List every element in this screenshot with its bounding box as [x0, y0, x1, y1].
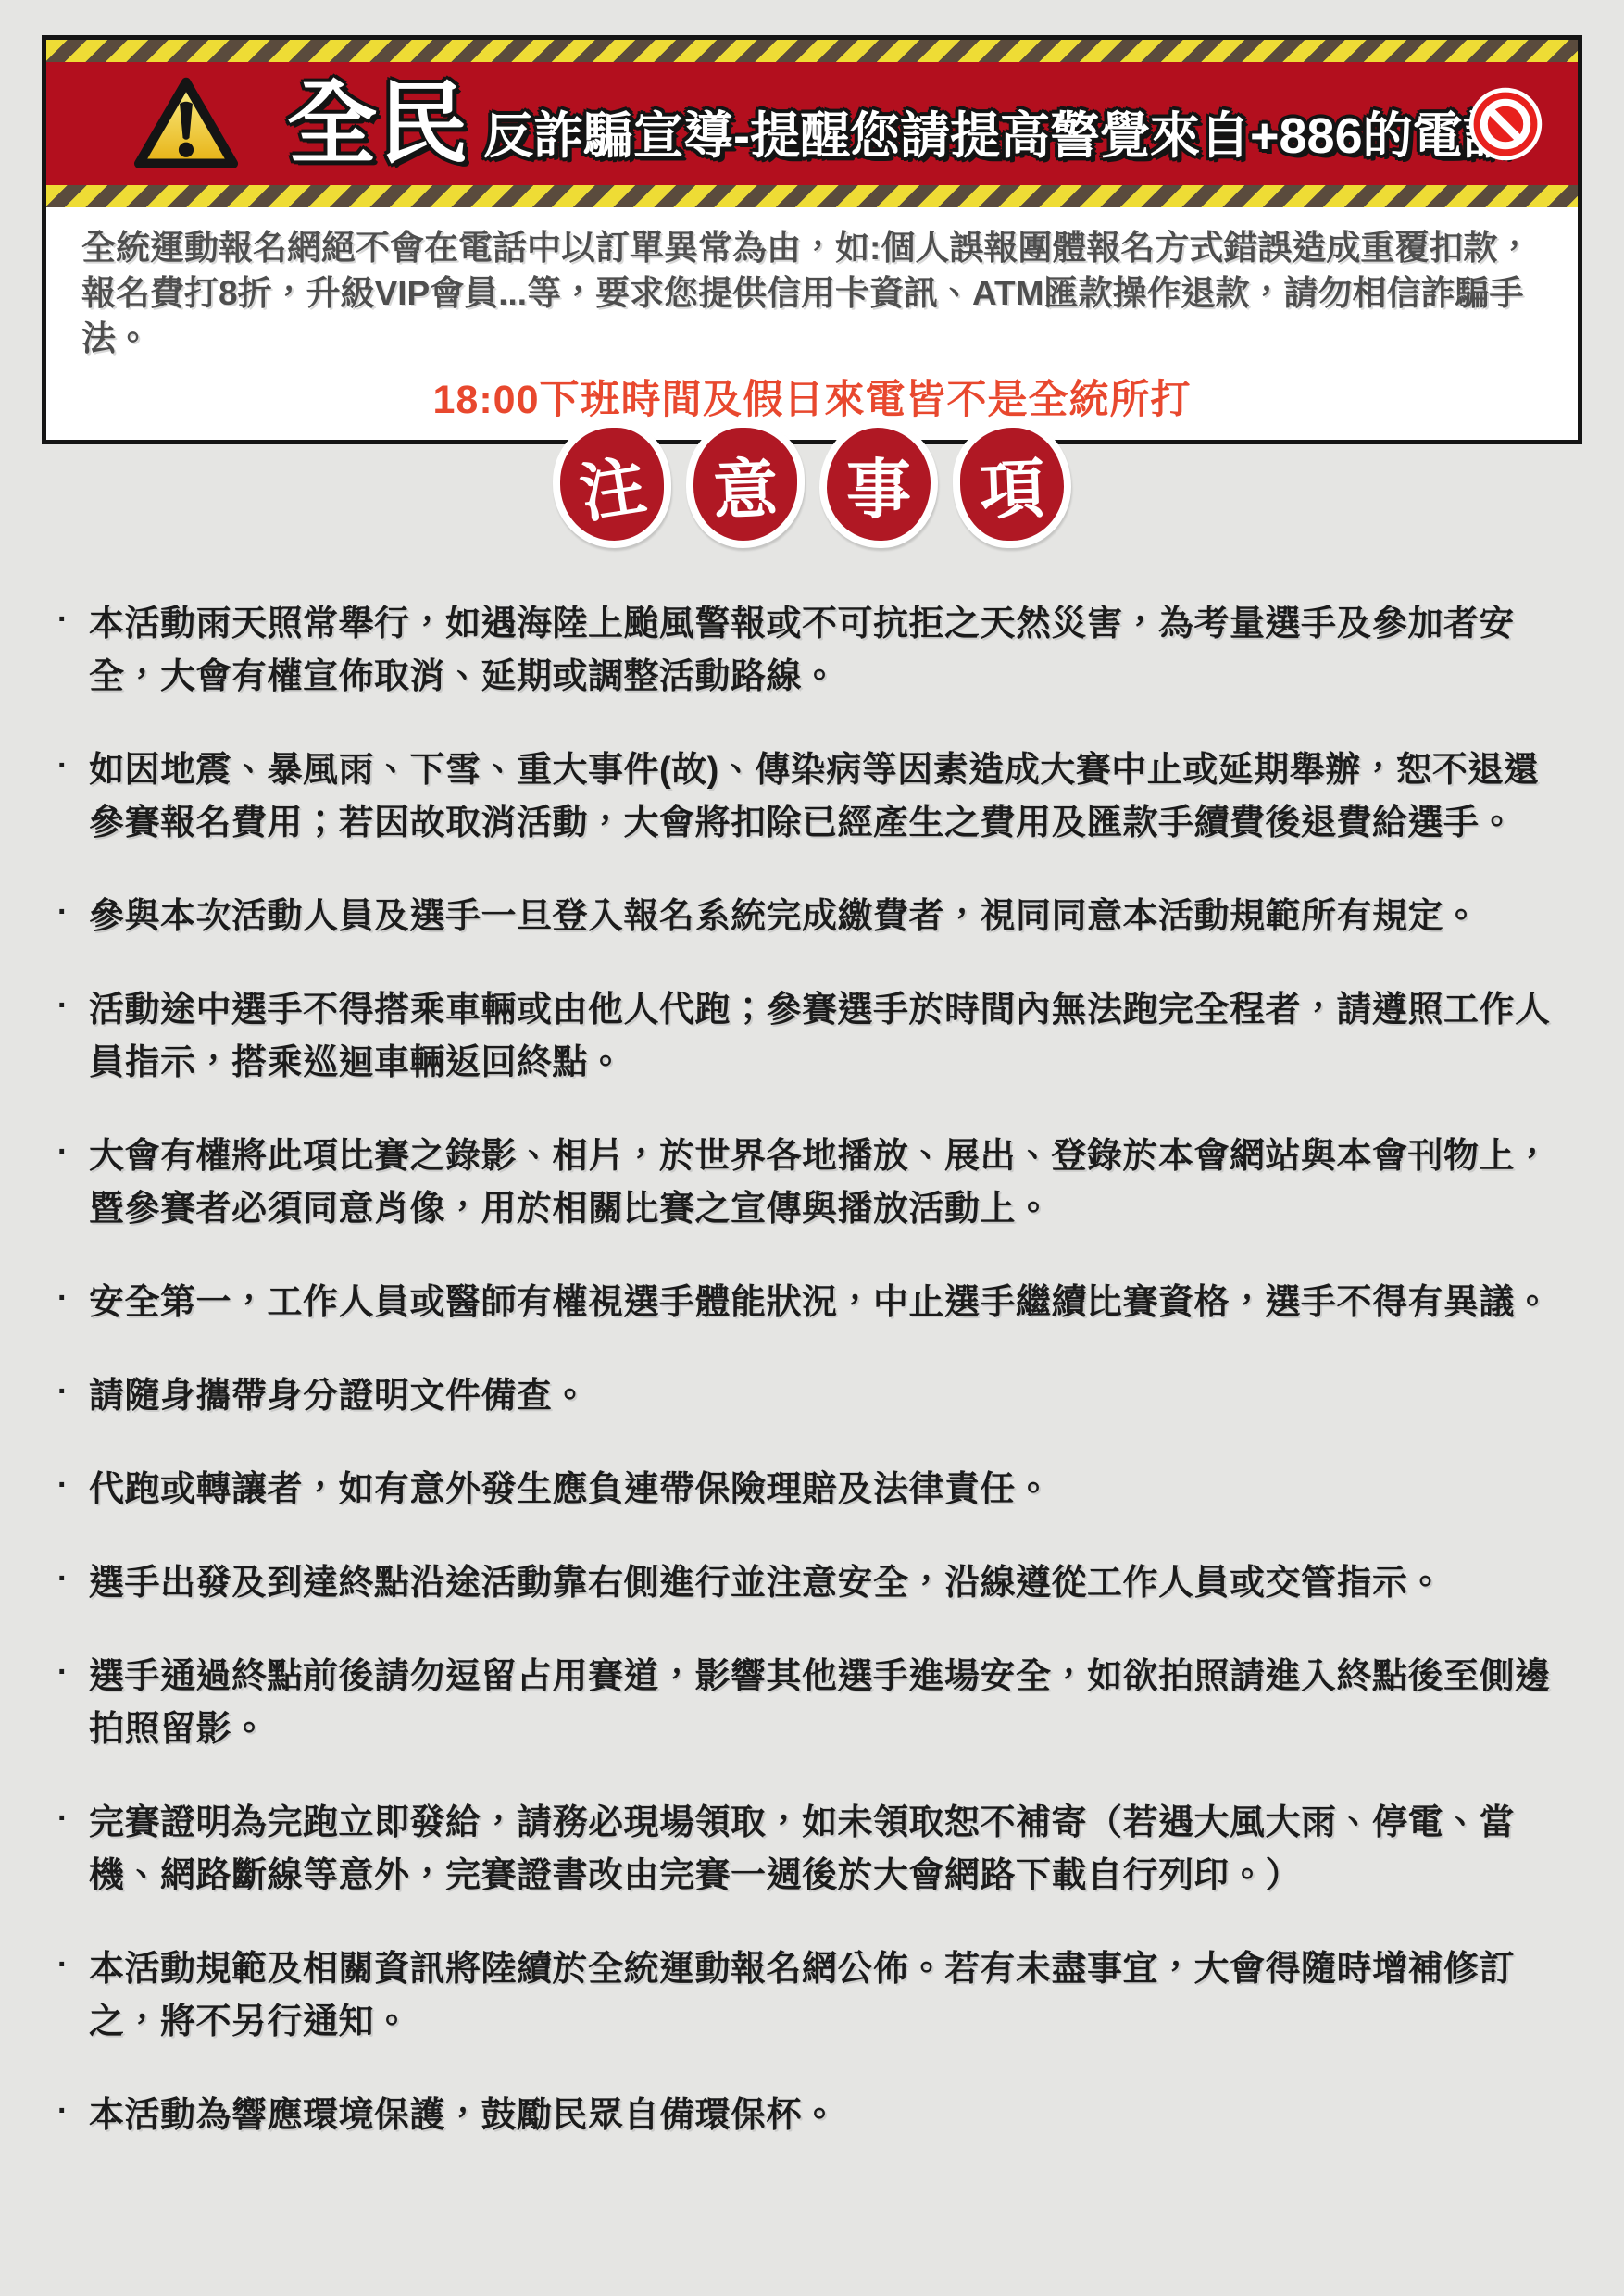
- note-item: · 安全第一，工作人員或醫師有權視選手體能狀況，中止選手繼續比賽資格，選手不得有…: [54, 1277, 1570, 1329]
- bullet-dot: ·: [57, 742, 69, 790]
- bullet-dot: ·: [57, 1368, 69, 1416]
- note-text: 如因地震、暴風雨、下雪、重大事件(故)、傳染病等因素造成大賽中止或延期舉辦，恕不…: [89, 751, 1539, 842]
- bullet-dot: ·: [57, 1649, 69, 1696]
- banner-title-sub: 反詐騙宣導-提醒您請提高警覺來自+886的電話: [483, 87, 1513, 161]
- note-item: · 本活動雨天照常舉行，如遇海陸上颱風警報或不可抗拒之天然災害，為考量選手及參加…: [54, 598, 1570, 704]
- title-stamp-3: 事: [819, 420, 938, 548]
- note-text: 完賽證明為完跑立即發給，請務必現場領取，如未領取恕不補寄（若遇大風大雨、停電、當…: [89, 1803, 1515, 1895]
- note-item: · 完賽證明為完跑立即發給，請務必現場領取，如未領取恕不補寄（若遇大風大雨、停電…: [54, 1797, 1570, 1903]
- bullet-dot: ·: [57, 1462, 69, 1509]
- no-phone-icon: [1468, 87, 1543, 161]
- fraud-notice-body: 全統運動報名網絕不會在電話中以訂單異常為由，如:個人誤報團體報名方式錯誤造成重覆…: [46, 207, 1578, 361]
- note-text: 本活動雨天照常舉行，如遇海陸上颱風警報或不可抗拒之天然災害，為考量選手及參加者安…: [89, 605, 1515, 696]
- bullet-dot: ·: [57, 1941, 69, 1989]
- note-text: 安全第一，工作人員或醫師有權視選手體能狀況，中止選手繼續比賽資格，選手不得有異議…: [89, 1283, 1551, 1322]
- title-stamp-4: 項: [953, 420, 1071, 548]
- notice-page: { "banner": { "title_big": "全民", "title_…: [0, 0, 1624, 2296]
- bullet-dot: ·: [57, 1795, 69, 1842]
- note-item: · 如因地震、暴風雨、下雪、重大事件(故)、傳染病等因素造成大賽中止或延期舉辦，…: [54, 744, 1570, 850]
- bullet-dot: ·: [57, 1275, 69, 1322]
- title-char: 項: [978, 436, 1045, 531]
- note-text: 選手出發及到達終點沿途活動靠右側進行並注意安全，沿線遵從工作人員或交管指示。: [89, 1564, 1443, 1603]
- note-item: · 請隨身攜帶身分證明文件備查。: [54, 1370, 1570, 1423]
- note-item: · 本活動規範及相關資訊將陸續於全統運動報名網公佈。若有未盡事宜，大會得隨時增補…: [54, 1943, 1570, 2049]
- hazard-stripe-bottom: [46, 185, 1578, 207]
- note-text: 本活動為響應環境保護，鼓勵民眾自備環保杯。: [89, 2096, 838, 2135]
- note-item: · 活動途中選手不得搭乘車輛或由他人代跑；參賽選手於時間內無法跑完全程者，請遵照…: [54, 984, 1570, 1090]
- bullet-dot: ·: [57, 889, 69, 936]
- note-item: · 本活動為響應環境保護，鼓勵民眾自備環保杯。: [54, 2090, 1570, 2142]
- note-text: 選手通過終點前後請勿逗留占用賽道，影響其他選手進場安全，如欲拍照請進入終點後至側…: [89, 1657, 1551, 1749]
- note-item: · 參與本次活動人員及選手一旦登入報名系統完成繳費者，視同同意本活動規範所有規定…: [54, 891, 1570, 943]
- note-text: 活動途中選手不得搭乘車輛或由他人代跑；參賽選手於時間內無法跑完全程者，請遵照工作…: [89, 991, 1551, 1082]
- title-stamp-1: 注: [553, 420, 671, 548]
- section-title: 注 意 事 項: [0, 420, 1624, 548]
- bullet-dot: ·: [57, 1129, 69, 1176]
- note-item: · 選手通過終點前後請勿逗留占用賽道，影響其他選手進場安全，如欲拍照請進入終點後…: [54, 1651, 1570, 1756]
- bullet-dot: ·: [57, 596, 69, 643]
- note-item: · 大會有權將此項比賽之錄影、相片，於世界各地播放、展出、登錄於本會網站與本會刊…: [54, 1130, 1570, 1236]
- fraud-banner: 全民 反詐騙宣導-提醒您請提高警覺來自+886的電話: [46, 62, 1578, 185]
- note-text: 請隨身攜帶身分證明文件備查。: [89, 1377, 588, 1416]
- note-item: · 代跑或轉讓者，如有意外發生應負連帶保險理賠及法律責任。: [54, 1464, 1570, 1516]
- note-text: 大會有權將此項比賽之錄影、相片，於世界各地播放、展出、登錄於本會網站與本會刊物上…: [89, 1137, 1551, 1229]
- note-item: · 選手出發及到達終點沿途活動靠右側進行並注意安全，沿線遵從工作人員或交管指示。: [54, 1557, 1570, 1610]
- note-text: 本活動規範及相關資訊將陸續於全統運動報名網公佈。若有未盡事宜，大會得隨時增補修訂…: [89, 1950, 1515, 2041]
- note-text: 代跑或轉讓者，如有意外發生應負連帶保險理賠及法律責任。: [89, 1470, 1052, 1509]
- bullet-dot: ·: [57, 982, 69, 1029]
- fraud-alert-box: 全民 反詐騙宣導-提醒您請提高警覺來自+886的電話 全統運動報名網絕不會在電話…: [42, 35, 1582, 444]
- note-text: 參與本次活動人員及選手一旦登入報名系統完成繳費者，視同同意本活動規範所有規定。: [89, 897, 1480, 936]
- notes-list: · 本活動雨天照常舉行，如遇海陸上颱風警報或不可抗拒之天然災害，為考量選手及參加…: [54, 598, 1570, 2142]
- banner-text: 全民 反詐騙宣導-提醒您請提高警覺來自+886的電話: [287, 79, 1513, 168]
- warning-triangle-icon: [131, 76, 241, 172]
- title-char: 意: [711, 436, 779, 531]
- title-char: 事: [846, 438, 911, 531]
- bullet-dot: ·: [57, 2088, 69, 2135]
- bullet-dot: ·: [57, 1555, 69, 1603]
- banner-title-main: 全民: [287, 79, 470, 168]
- hazard-stripe-top: [46, 40, 1578, 62]
- title-char: 注: [573, 433, 652, 536]
- title-stamp-2: 意: [686, 420, 805, 548]
